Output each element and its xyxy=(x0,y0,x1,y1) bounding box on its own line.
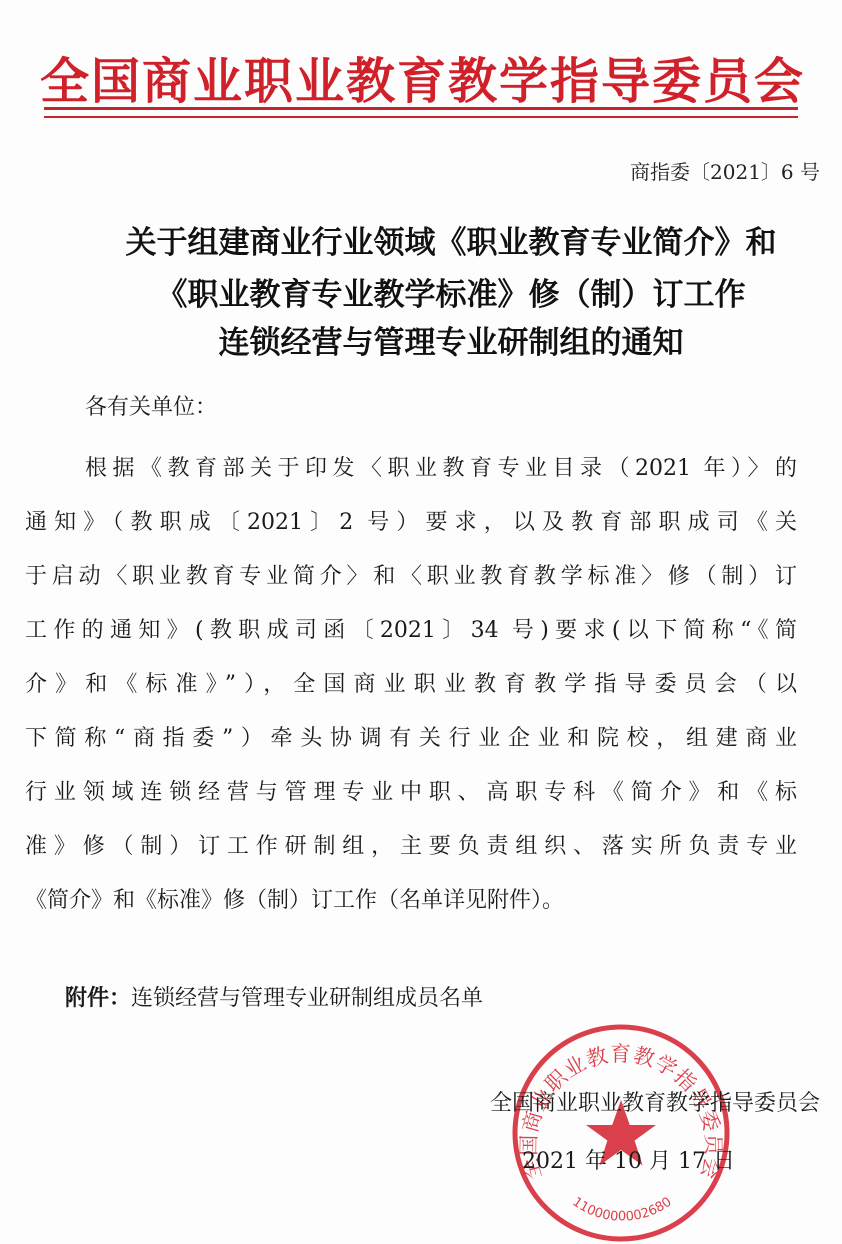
attachment-note: 附件：连锁经营与管理专业研制组成员名单 xyxy=(65,983,483,1015)
document-title-line-1: 关于组建商业行业领域《职业教育专业简介》和 xyxy=(40,225,842,261)
document-page: 全国商业职业教育教学指导委员会 商指委〔2021〕6 号 关于组建商业行业领域《… xyxy=(0,0,842,1244)
letterhead-rule-thin xyxy=(44,116,798,118)
salutation: 各有关单位： xyxy=(85,392,217,424)
signature-organization: 全国商业职业教育教学指导委员会 xyxy=(490,1088,820,1120)
body-line: 准》修（制）订工作研制组，主要负责组织、落实所负责专业 xyxy=(25,831,797,863)
document-title-line-2: 《职业教育专业教学标准》修（制）订工作 xyxy=(60,277,842,313)
body-line: 《简介》和《标准》修（制）订工作（名单详见附件）。 xyxy=(25,885,797,917)
document-title-line-3: 连锁经营与管理专业研制组的通知 xyxy=(40,325,842,361)
body-line: 下简称“商指委”）牵头协调有关行业企业和院校，组建商业 xyxy=(25,723,797,755)
document-number: 商指委〔2021〕6 号 xyxy=(630,158,820,186)
body-line: 根据《教育部关于印发〈职业教育专业目录（2021 年）〉的 xyxy=(85,453,797,485)
attachment-text: 连锁经营与管理专业研制组成员名单 xyxy=(131,986,483,1011)
body-line: 于启动〈职业教育专业简介〉和〈职业教育教学标准〉修（制）订 xyxy=(25,561,797,593)
body-line: 行业领域连锁经营与管理专业中职、高职专科《简介》和《标 xyxy=(25,777,797,809)
attachment-label: 附件： xyxy=(65,986,131,1011)
letterhead-title: 全国商业职业教育教学指导委员会 xyxy=(40,56,800,108)
body-line: 介》和《标准》”），全国商业职业教育教学指导委员会（以 xyxy=(25,669,797,701)
letterhead-rule-thick xyxy=(44,107,798,110)
body-line: 通知》（教职成〔2021〕2 号）要求，以及教育部职成司《关 xyxy=(25,507,797,539)
body-line: 工作的通知》(教职成司函〔2021〕34 号)要求(以下简称“《简 xyxy=(25,615,797,647)
seal-number: 1100000002680 xyxy=(569,1195,674,1225)
signature-date: 2021 年 10 月 17 日 xyxy=(522,1146,735,1178)
official-seal: 全国商业职业教育教学指导委员会 1100000002680 xyxy=(510,1022,732,1244)
